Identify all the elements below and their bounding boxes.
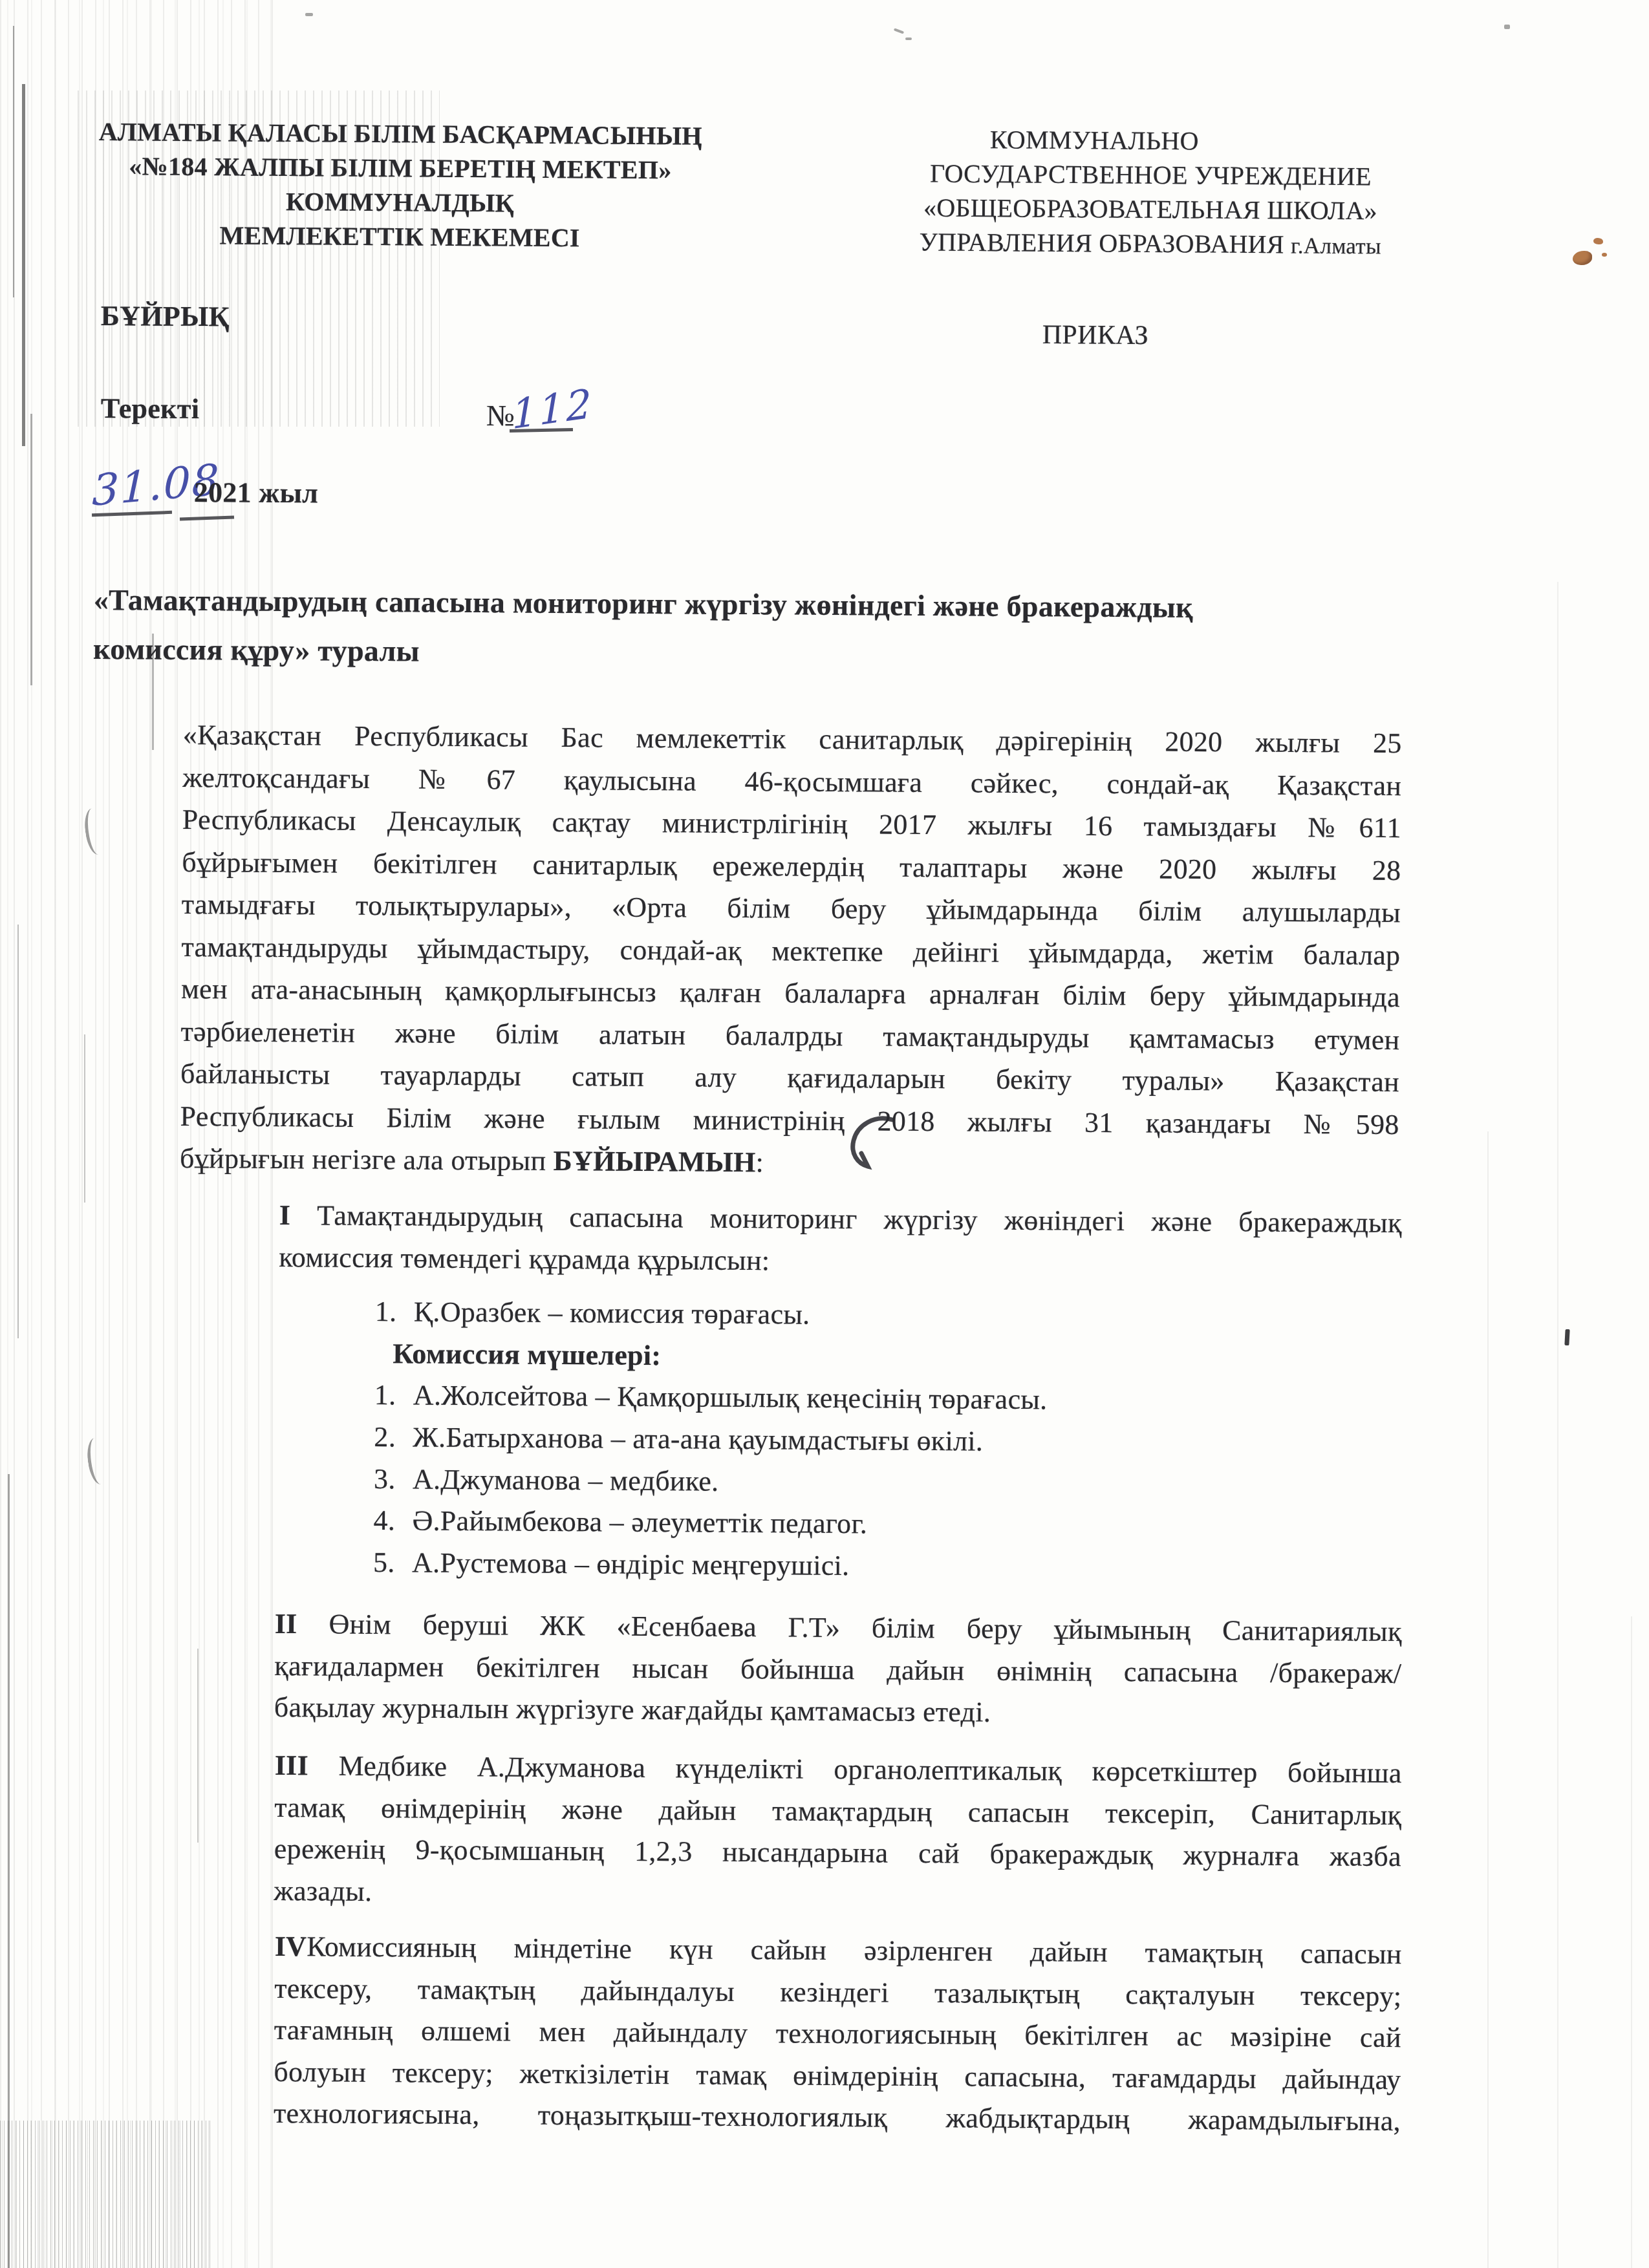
speck (894, 28, 904, 34)
stray-mark (1564, 1329, 1569, 1345)
number-underline (510, 428, 573, 433)
section-line: болуын тексеру; жеткізілетін тамақ өнімд… (274, 2051, 1401, 2101)
preamble-line: тамыдғағы толықтырулары», «Орта білім бе… (182, 883, 1401, 934)
section-line: I Тамақтандырудың сапасына мониторинг жү… (279, 1195, 1402, 1245)
decree-keyword: БҰЙЫРАМЫН (554, 1145, 756, 1178)
members-heading: Комиссия мүшелері: (374, 1337, 1422, 1386)
document-title: «Тамақтандырудың сапасына мониторинг жүр… (93, 575, 1361, 683)
member-text: А.Рустемова – өндіріс меңгерушісі. (412, 1547, 850, 1582)
member-row: 1.А.Жолсейтова – Қамқоршылық кеңесінің т… (374, 1378, 1422, 1428)
scanned-order-document: АЛМАТЫ ҚАЛАСЫ БІЛІМ БАСҚАРМАСЫНЫҢ «№184 … (0, 0, 1649, 2268)
speck (1504, 25, 1510, 29)
paper-fold-line (1557, 582, 1558, 2268)
letterhead-line: ГОСУДАРСТВЕННОЕ УЧРЕЖДЕНИЕ (876, 156, 1425, 194)
ink-stain (1573, 251, 1592, 265)
scan-noise-bottom-left (0, 2121, 213, 2268)
letterhead-line: УПРАВЛЕНИЯ ОБРАЗОВАНИЯ г.Алматы (876, 224, 1425, 264)
scanner-streak (13, 26, 14, 297)
scanner-streak (197, 1649, 199, 1843)
list-number: 3. (374, 1462, 413, 1495)
title-line: «Тамақтандырудың сапасына мониторинг жүр… (93, 575, 1361, 634)
ink-stain (1593, 238, 1603, 244)
scanner-streak (22, 84, 25, 446)
section-4-numeral: IV (275, 1931, 307, 1962)
letterhead-line: МЕМЛЕКЕТТІК МЕКЕМЕСІ (88, 217, 712, 256)
order-label-ru: ПРИКАЗ (1042, 319, 1149, 351)
letterhead-line: КОММУНАЛЬНО (876, 122, 1426, 160)
section-line: ереженің 9-қосымшаның 1,2,3 нысандарына … (274, 1828, 1401, 1878)
title-line: комиссия құру» туралы (93, 625, 1361, 683)
section-line: тағамның өлшемі мен дайындалу технология… (274, 2009, 1401, 2059)
preamble-line: «Қазақстан Республикасы Бас мемлекеттік … (183, 714, 1402, 765)
section-line: технологиясына, тоңазытқыш-технологиялық… (274, 2093, 1401, 2143)
place-label: Теректі (101, 392, 200, 425)
letterhead-line: «ОБЩЕОБРАЗОВАТЕЛЬНАЯ ШКОЛА» (876, 190, 1425, 228)
section-line: III Медбике А.Джуманова күнделікті орган… (275, 1745, 1402, 1795)
section-2-paragraph: II Өнім беруші ЖК «Есенбаева Г.Т» білім … (274, 1603, 1402, 1737)
section-3-numeral: III (275, 1749, 309, 1781)
section-line: бақылау журналын жүргізуге жағдайды қамт… (274, 1687, 1401, 1737)
commission-list: 1.Қ.Оразбек – комиссия төрағасы. Комисси… (373, 1295, 1423, 1595)
section-line: тамақ өнімдерінің және дайын тамақтардың… (274, 1786, 1401, 1836)
letterhead-russian: КОММУНАЛЬНО ГОСУДАРСТВЕННОЕ УЧРЕЖДЕНИЕ «… (876, 122, 1426, 264)
scanner-streak (30, 414, 32, 685)
list-number: 2. (374, 1420, 413, 1453)
section-line: II Өнім беруші ЖК «Есенбаева Г.Т» білім … (275, 1603, 1402, 1653)
section-line: жазады. (274, 1870, 1401, 1920)
preamble-line: мен ата-анасының қамқорлығынсыз қалған б… (181, 968, 1400, 1019)
ink-stain (1602, 253, 1607, 257)
scanner-streak (84, 1034, 85, 1203)
member-text: Ж.Батырханова – ата-ана қауымдастығы өкі… (413, 1421, 983, 1457)
scanner-streak (8, 1474, 10, 2268)
section-1-numeral: I (279, 1199, 291, 1231)
paper-edge-shadow (1631, 1616, 1632, 2268)
number-sign: № (486, 398, 515, 433)
section-4-paragraph: IVКомиссияның міндетіне күн сайын әзірле… (274, 1926, 1402, 2143)
order-label-kk: БҰЙРЫҚ (101, 299, 230, 333)
section-line: IVКомиссияның міндетіне күн сайын әзірле… (275, 1926, 1402, 1976)
preamble-last-line: бұйрығын негізге ала отырып БҰЙЫРАМЫН: (180, 1137, 1399, 1188)
section-line: тексеру, тамақтың дайындалуы кезіндегі т… (274, 1967, 1401, 2017)
paper-fold-line (1487, 1131, 1489, 2268)
preamble-paragraph: «Қазақстан Республикасы Бас мемлекеттік … (180, 714, 1402, 1188)
list-number: 5. (373, 1546, 412, 1579)
member-row: 5.А.Рустемова – өндіріс меңгерушісі. (373, 1546, 1421, 1595)
city-label: г.Алматы (1291, 233, 1381, 259)
list-number: 1. (374, 1378, 413, 1411)
letterhead-line: КОММУНАЛДЫҚ (88, 183, 712, 222)
member-row: 4.Ә.Райымбекова – әлеуметтік педагог. (373, 1504, 1421, 1553)
speck (305, 13, 313, 16)
section-line: қағидалармен бекітілген нысан бойынша да… (274, 1645, 1401, 1695)
member-text: А.Джуманова – медбике. (413, 1463, 719, 1497)
chairman-row: 1.Қ.Оразбек – комиссия төрағасы. (375, 1295, 1423, 1344)
letterhead-line: «№184 ЖАЛПЫ БІЛІМ БЕРЕТІҢ МЕКТЕП» (88, 149, 712, 187)
section-1-paragraph: I Тамақтандырудың сапасына мониторинг жү… (279, 1195, 1402, 1286)
scanner-streak (17, 925, 19, 1338)
member-text: Ә.Райымбекова – әлеуметтік педагог. (412, 1505, 867, 1540)
chairman-text: Қ.Оразбек – комиссия төрағасы. (414, 1296, 810, 1330)
preamble-line: байланысты тауарларды сатып алу қағидала… (180, 1053, 1399, 1104)
member-row: 3.А.Джуманова – медбике. (374, 1462, 1421, 1512)
list-number: 4. (373, 1504, 412, 1537)
member-row: 2.Ж.Батырханова – ата-ана қауымдастығы ө… (374, 1420, 1421, 1470)
section-3-paragraph: III Медбике А.Джуманова күнделікті орган… (274, 1745, 1402, 1920)
section-line: комиссия төмендегі құрамда құрылсын: (279, 1236, 1401, 1286)
section-2-numeral: II (275, 1608, 297, 1640)
list-number: 1. (375, 1295, 414, 1328)
preamble-line: Республикасы Денсаулық сақтау министрліг… (182, 798, 1401, 850)
letterhead-line: АЛМАТЫ ҚАЛАСЫ БІЛІМ БАСҚАРМАСЫНЫҢ (89, 114, 713, 153)
member-text: А.Жолсейтова – Қамқоршылық кеңесінің төр… (413, 1380, 1048, 1416)
speck (905, 37, 912, 40)
date-year-label: 2021 жыл (194, 476, 319, 509)
letterhead-kazakh: АЛМАТЫ ҚАЛАСЫ БІЛІМ БАСҚАРМАСЫНЫҢ «№184 … (88, 114, 713, 256)
